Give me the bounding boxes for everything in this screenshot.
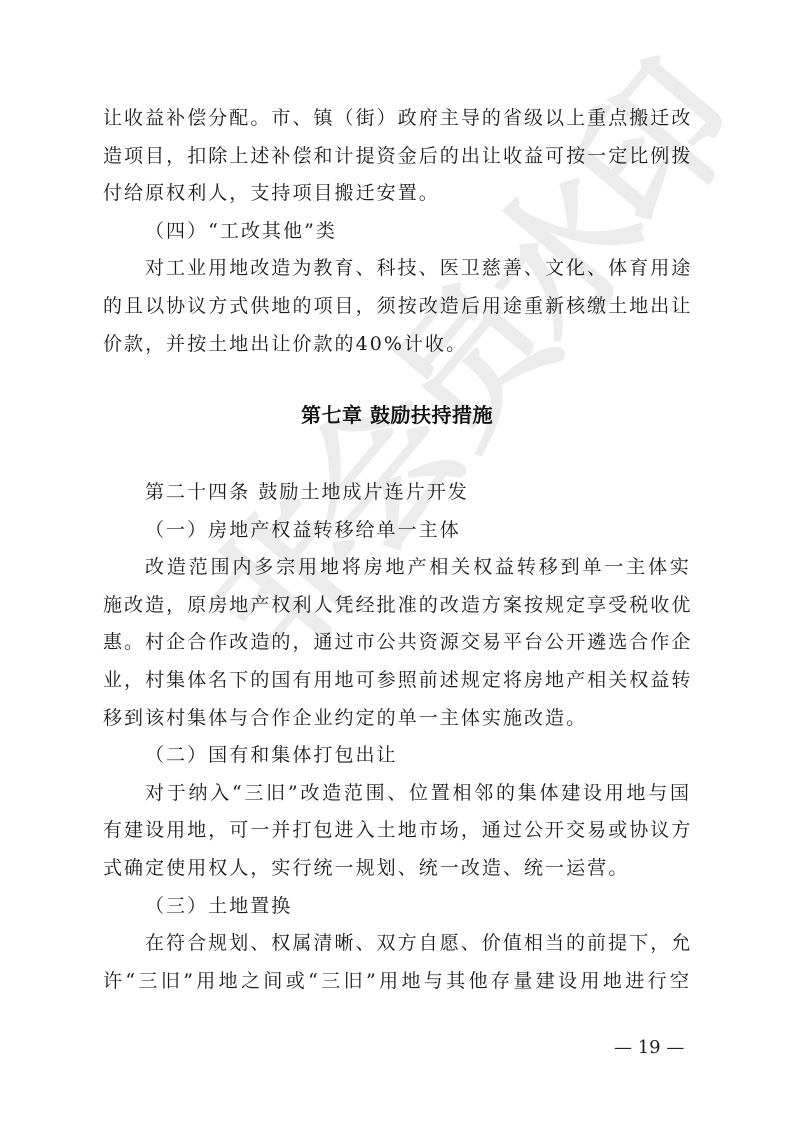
article-heading: 第二十四条 鼓励土地成片连片开发: [103, 474, 691, 512]
paragraph-line: 付给原权利人，支持项目搬迁安置。: [103, 175, 691, 213]
paragraph-line: 许“三旧”用地之间或“三旧”用地与其他存量建设用地进行空: [103, 963, 691, 1001]
continuation-text: 让收益补偿分配。市、镇（街）政府主导的省级以上重点搬迁改 造项目，扣除上述补偿和…: [103, 100, 691, 363]
paragraph-line: 业，村集体名下的国有用地可参照前述规定将房地产相关权益转: [103, 662, 691, 700]
paragraph-line: 惠。村企合作改造的，通过市公共资源交易平台公开遴选合作企: [103, 624, 691, 662]
paragraph-line: 对于纳入“三旧”改造范围、位置相邻的集体建设用地与国: [103, 775, 691, 813]
subsection-heading: （一）房地产权益转移给单一主体: [103, 512, 691, 550]
article-24: 第二十四条 鼓励土地成片连片开发 （一）房地产权益转移给单一主体 改造范围内多宗…: [103, 474, 691, 1000]
paragraph-line: 对工业用地改造为教育、科技、医卫慈善、文化、体育用途: [103, 250, 691, 288]
paragraph-line: 有建设用地，可一并打包进入土地市场，通过公开交易或协议方: [103, 812, 691, 850]
page-number: — 19 —: [614, 1037, 684, 1058]
paragraph-line: 在符合规划、权属清晰、双方自愿、价值相当的前提下，允: [103, 925, 691, 963]
paragraph-line: 让收益补偿分配。市、镇（街）政府主导的省级以上重点搬迁改: [103, 100, 691, 138]
paragraph-line: 造项目，扣除上述补偿和计提资金后的出让收益可按一定比例拨: [103, 138, 691, 176]
paragraph-line: 移到该村集体与合作企业约定的单一主体实施改造。: [103, 700, 691, 738]
paragraph-line: 式确定使用权人，实行统一规划、统一改造、统一运营。: [103, 850, 691, 888]
document-page: 非会员水印 让收益补偿分配。市、镇（街）政府主导的省级以上重点搬迁改 造项目，扣…: [0, 0, 794, 1123]
paragraph-line: 改造范围内多宗用地将房地产相关权益转移到单一主体实: [103, 549, 691, 587]
paragraph-line: 价款，并按土地出让价款的40%计收。: [103, 326, 691, 364]
paragraph-line: 的且以协议方式供地的项目，须按改造后用途重新核缴土地出让: [103, 288, 691, 326]
chapter-title: 第七章 鼓励扶持措施: [0, 399, 794, 428]
subsection-heading: （二）国有和集体打包出让: [103, 737, 691, 775]
paragraph-line: 施改造，原房地产权利人凭经批准的改造方案按规定享受税收优: [103, 587, 691, 625]
subsection-heading: （三）土地置换: [103, 888, 691, 926]
subsection-heading: （四）“工改其他”类: [103, 213, 691, 251]
